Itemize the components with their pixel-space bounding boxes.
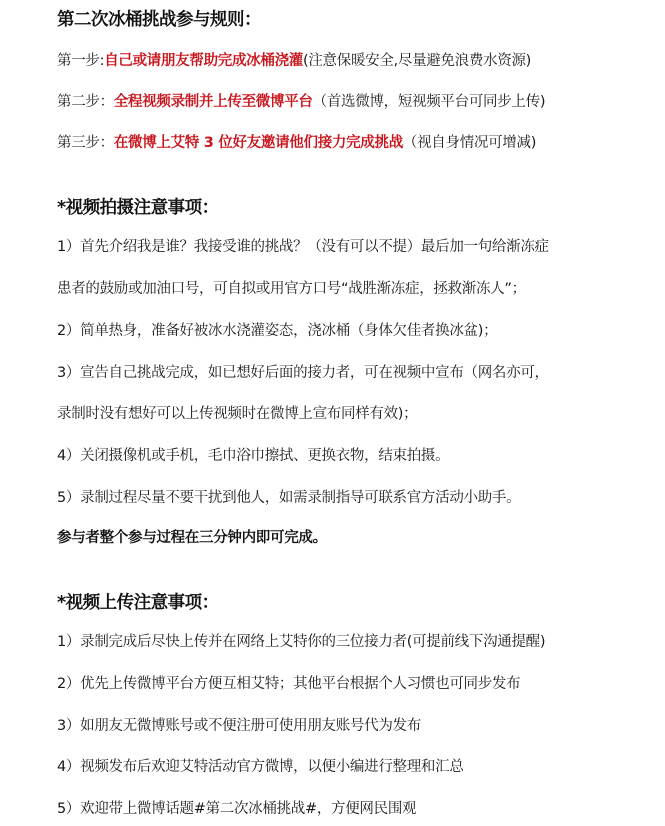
shooting-line: 1）首先介绍我是谁？我接受谁的挑战？（没有可以不提）最后加一句给渐冻症 xyxy=(57,237,549,257)
shooting-line: 4）关闭摄像机或手机，毛巾浴巾擦拭、更换衣物，结束拍摄。 xyxy=(57,446,449,466)
step-label: 第一步: xyxy=(57,53,104,69)
shooting-line: 3）宣告自己挑战完成，如已想好后面的接力者，可在视频中宣布（网名亦可， xyxy=(57,363,549,383)
upload-line: 1）录制完成后尽快上传并在网络上艾特你的三位接力者(可提前线下沟通提醒) xyxy=(57,632,545,652)
shooting-line: 录制时没有想好可以上传视频时在微博上宣布同样有效)； xyxy=(57,404,417,424)
shooting-title: *视频拍摄注意事项： xyxy=(57,196,219,220)
upload-title: *视频上传注意事项： xyxy=(57,591,219,615)
step-note: （视自身情况可增减) xyxy=(403,135,536,151)
shooting-summary: 参与者整个参与过程在三分钟内即可完成。 xyxy=(57,528,327,548)
step-highlight: 自己或请朋友帮助完成冰桶浇灌 xyxy=(104,53,303,69)
step-highlight: 在微博上艾特 3 位好友邀请他们接力完成挑战 xyxy=(114,135,403,151)
step-label: 第二步： xyxy=(57,94,114,110)
step-3: 第三步：在微博上艾特 3 位好友邀请他们接力完成挑战（视自身情况可增减) xyxy=(57,133,536,153)
step-note: （首选微博，短视频平台可同步上传) xyxy=(313,94,546,110)
upload-line: 3）如朋友无微博账号或不便注册可使用朋友账号代为发布 xyxy=(57,716,421,736)
step-note: (注意保暖安全,尽量避免浪费水资源) xyxy=(303,53,531,69)
upload-line: 5）欢迎带上微博话题#第二次冰桶挑战#，方便网民围观 xyxy=(57,799,416,819)
step-1: 第一步:自己或请朋友帮助完成冰桶浇灌(注意保暖安全,尽量避免浪费水资源) xyxy=(57,51,531,71)
shooting-line: 患者的鼓励或加油口号，可自拟或用官方口号“战胜渐冻症，拯救渐冻人”； xyxy=(57,279,526,299)
shooting-line: 5）录制过程尽量不要干扰到他人，如需录制指导可联系官方活动小助手。 xyxy=(57,488,520,508)
upload-line: 2）优先上传微博平台方便互相艾特；其他平台根据个人习惯也可同步发布 xyxy=(57,674,520,694)
upload-line: 4）视频发布后欢迎艾特活动官方微博，以便小编进行整理和汇总 xyxy=(57,757,464,777)
step-label: 第三步： xyxy=(57,135,114,151)
step-2: 第二步：全程视频录制并上传至微博平台（首选微博，短视频平台可同步上传) xyxy=(57,92,545,112)
rules-title: 第二次冰桶挑战参与规则： xyxy=(57,8,261,32)
step-highlight: 全程视频录制并上传至微博平台 xyxy=(114,94,313,110)
shooting-line: 2）简单热身，准备好被冰水浇灌姿态，浇冰桶（身体欠佳者换冰盆)； xyxy=(57,321,497,341)
